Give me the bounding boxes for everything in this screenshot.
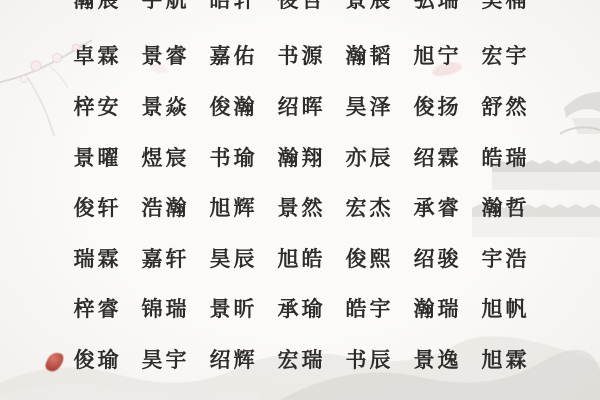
- name-item: 书源: [278, 46, 326, 67]
- name-item: 瑞霖: [74, 249, 122, 270]
- name-item: 景焱: [142, 97, 190, 118]
- name-item: 嘉佑: [210, 46, 258, 67]
- name-item: 旭皓: [278, 249, 326, 270]
- name-item: 承睿: [414, 198, 462, 219]
- name-item: 俊瀚: [210, 97, 258, 118]
- name-item: 俊扬: [414, 97, 462, 118]
- name-item: 宏瑞: [278, 350, 326, 371]
- name-item: 书瑜: [210, 148, 258, 169]
- name-item: 皓轩: [210, 0, 258, 11]
- name-item: 俊瑜: [74, 350, 122, 371]
- name-item: 梓睿: [74, 299, 122, 320]
- name-item: 浩瀚: [142, 198, 190, 219]
- name-item: 锦瑞: [142, 299, 190, 320]
- name-row: 卓霖景睿嘉佑书源瀚韬旭宁宏宇: [0, 46, 600, 67]
- name-item: 煜宸: [142, 148, 190, 169]
- name-item: 承瑜: [278, 299, 326, 320]
- name-item: 昊宇: [142, 350, 190, 371]
- names-grid: 瀚宸宇航皓轩俊哲景宸弘瑞昊楠卓霖景睿嘉佑书源瀚韬旭宁宏宇梓安景焱俊瀚绍晖昊泽俊扬…: [0, 0, 600, 400]
- name-item: 瀚宸: [74, 0, 122, 11]
- name-item: 景然: [278, 198, 326, 219]
- name-item: 宏杰: [346, 198, 394, 219]
- name-item: 宏宇: [482, 46, 530, 67]
- name-item: 景睿: [142, 46, 190, 67]
- name-item: 瀚哲: [482, 198, 530, 219]
- name-item: 绍霖: [414, 148, 462, 169]
- name-item: 旭宁: [414, 46, 462, 67]
- name-item: 亦辰: [346, 148, 394, 169]
- name-item: 嘉轩: [142, 249, 190, 270]
- name-item: 景宸: [346, 0, 394, 11]
- name-item: 瀚瑞: [414, 299, 462, 320]
- name-row: 梓安景焱俊瀚绍晖昊泽俊扬舒然: [0, 97, 600, 118]
- name-item: 皓宇: [346, 299, 394, 320]
- name-item: 景昕: [210, 299, 258, 320]
- name-item: 旭帆: [482, 299, 530, 320]
- name-item: 卓霖: [74, 46, 122, 67]
- name-item: 俊哲: [278, 0, 326, 11]
- name-item: 景曜: [74, 148, 122, 169]
- name-item: 景逸: [414, 350, 462, 371]
- name-row: 梓睿锦瑞景昕承瑜皓宇瀚瑞旭帆: [0, 299, 600, 320]
- name-row: 景曜煜宸书瑜瀚翔亦辰绍霖皓瑞: [0, 148, 600, 169]
- name-poster: 瀚宸宇航皓轩俊哲景宸弘瑞昊楠卓霖景睿嘉佑书源瀚韬旭宁宏宇梓安景焱俊瀚绍晖昊泽俊扬…: [0, 0, 600, 400]
- name-row: 俊轩浩瀚旭辉景然宏杰承睿瀚哲: [0, 198, 600, 219]
- name-item: 绍骏: [414, 249, 462, 270]
- name-item: 梓安: [74, 97, 122, 118]
- name-item: 瀚翔: [278, 148, 326, 169]
- name-item: 昊泽: [346, 97, 394, 118]
- name-item: 绍辉: [210, 350, 258, 371]
- name-row: 瀚宸宇航皓轩俊哲景宸弘瑞昊楠: [0, 0, 600, 11]
- name-item: 瀚韬: [346, 46, 394, 67]
- name-item: 旭霖: [482, 350, 530, 371]
- name-item: 昊楠: [482, 0, 530, 11]
- name-row: 俊瑜昊宇绍辉宏瑞书辰景逸旭霖: [0, 350, 600, 371]
- name-item: 舒然: [482, 97, 530, 118]
- name-item: 弘瑞: [414, 0, 462, 11]
- name-item: 宇浩: [482, 249, 530, 270]
- name-item: 旭辉: [210, 198, 258, 219]
- name-row: 瑞霖嘉轩昊辰旭皓俊熙绍骏宇浩: [0, 249, 600, 270]
- name-item: 书辰: [346, 350, 394, 371]
- name-item: 昊辰: [210, 249, 258, 270]
- name-item: 皓瑞: [482, 148, 530, 169]
- name-item: 宇航: [142, 0, 190, 11]
- name-item: 绍晖: [278, 97, 326, 118]
- name-item: 俊轩: [74, 198, 122, 219]
- name-item: 俊熙: [346, 249, 394, 270]
